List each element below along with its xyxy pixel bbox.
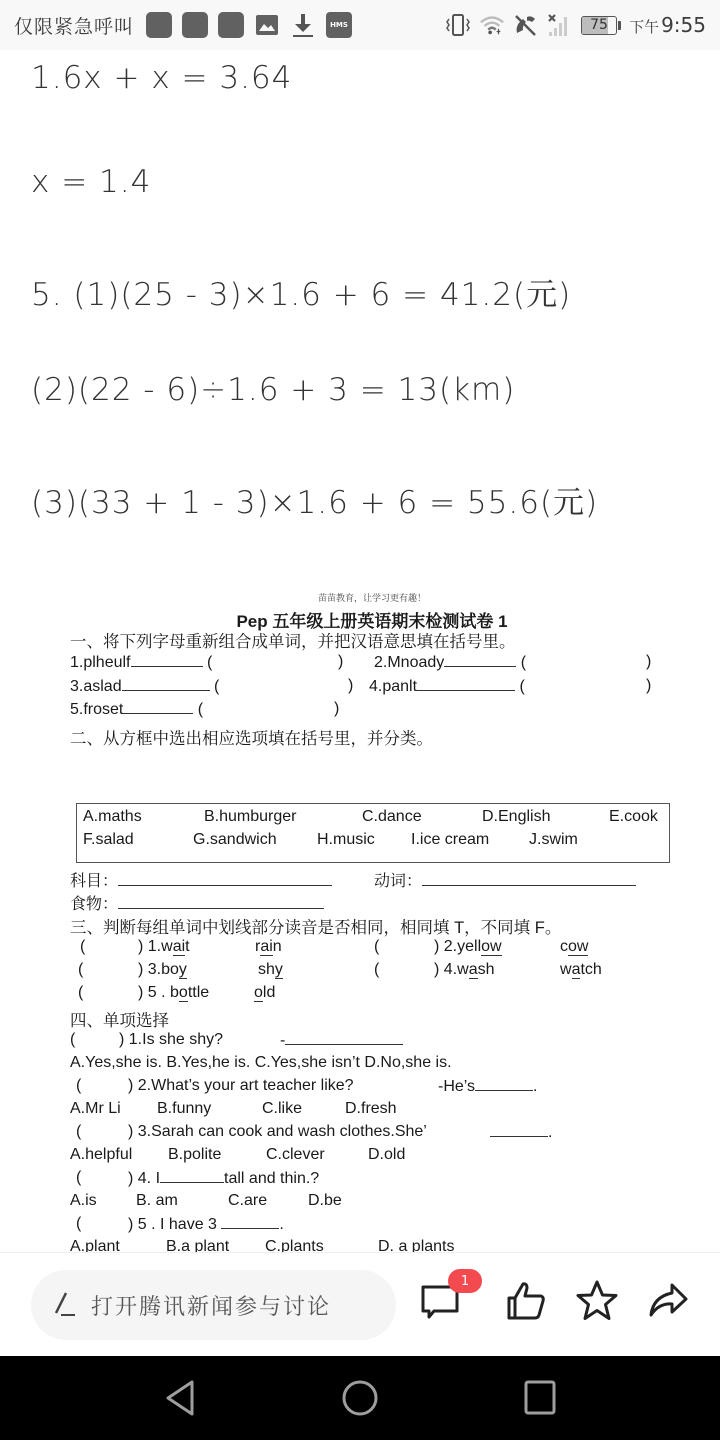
- call-disabled-icon: [513, 12, 539, 38]
- question: ) 3.Sarah can cook and wash clothes.She’: [128, 1123, 427, 1141]
- word-option: B.humburger: [204, 808, 297, 826]
- phonics-item: rain: [255, 938, 282, 956]
- exam-item: 1.plheulf (: [70, 653, 212, 672]
- question-options: A.Yes,she is. B.Yes,he is. C.Yes,she isn…: [70, 1054, 452, 1072]
- share-button[interactable]: [646, 1279, 690, 1323]
- back-icon: [162, 1378, 198, 1418]
- download-icon: [290, 12, 316, 38]
- app-notification-icon: [218, 12, 244, 38]
- favorite-button[interactable]: [575, 1279, 619, 1323]
- exam-paper-image[interactable]: 苗苗教育，让学习更有趣！ Pep 五年级上册英语期末检测试卷 1 一、将下列字母…: [62, 583, 682, 1252]
- word-option: H.music: [317, 831, 375, 849]
- share-icon: [647, 1280, 689, 1322]
- exam-item: 5.froset (: [70, 700, 203, 719]
- back-button[interactable]: [155, 1376, 205, 1420]
- app-notification-icon: [146, 12, 172, 38]
- battery-indicator: 75: [581, 16, 621, 35]
- exam-item: 4.panlt (: [369, 677, 525, 696]
- vibrate-icon: [445, 12, 471, 38]
- category-food: 食物：: [70, 891, 324, 914]
- recents-icon: [522, 1378, 558, 1418]
- category-subject: 科目：: [70, 868, 332, 891]
- word-option: A.maths: [83, 808, 142, 826]
- system-navigation-bar: [0, 1356, 720, 1440]
- home-button[interactable]: [335, 1376, 385, 1420]
- phonics-item: ) 4.wash: [434, 961, 495, 979]
- star-icon: [575, 1279, 619, 1323]
- section-heading: 三、判断每组单词中划线部分读音是否相同，相同填 T，不同填 F。: [70, 914, 561, 938]
- category-verb: 动词：: [374, 868, 636, 891]
- math-line: (2)(22 - 6)÷1.6 + 3 = 13(km): [31, 372, 515, 408]
- question: ) 4. Itall and thin.?: [128, 1169, 319, 1188]
- exam-slogan: 苗苗教育，让学习更有趣！: [62, 591, 682, 604]
- word-option: C.dance: [362, 808, 422, 826]
- section-heading: 一、将下列字母重新组合成单词，并把汉语意思填在括号里。: [70, 628, 516, 652]
- phonics-item: ) 3.boy: [138, 961, 187, 979]
- like-button[interactable]: [504, 1279, 548, 1323]
- math-line: 1.6x + x = 3.64: [31, 60, 292, 96]
- math-line: x = 1.4: [31, 164, 151, 200]
- exam-item: 3.aslad (: [70, 677, 219, 696]
- question: ) 1.Is she shy?: [119, 1031, 223, 1049]
- phonics-item: ) 1.wait: [138, 938, 190, 956]
- clock: 下午9:55: [629, 13, 706, 37]
- image-icon: [254, 12, 280, 38]
- home-icon: [340, 1378, 380, 1418]
- phonics-item: watch: [560, 961, 602, 979]
- word-option: I.ice cream: [411, 831, 489, 849]
- word-option: G.sandwich: [193, 831, 277, 849]
- section-heading: 四、单项选择: [70, 1007, 169, 1031]
- question: ) 2.What’s your art teacher like?: [128, 1077, 354, 1095]
- comment-count-badge: 1: [448, 1269, 482, 1293]
- math-line: (3)(33 + 1 - 3)×1.6 + 6 = 55.6(元): [31, 477, 598, 522]
- question: ) 5 . I have 3 .: [128, 1215, 284, 1234]
- word-option: J.swim: [529, 831, 578, 849]
- app-notification-icon: [182, 12, 208, 38]
- phonics-item: cow: [560, 938, 588, 956]
- wifi-icon: [479, 12, 505, 38]
- status-bar: 仅限紧急呼叫 HMS 75 下午9:55: [0, 0, 720, 50]
- word-option: E.cook: [609, 808, 658, 826]
- no-signal-icon: [547, 12, 573, 38]
- article-content[interactable]: 1.6x + x = 3.64 x = 1.4 5. (1)(25 - 3)×1…: [0, 50, 720, 1252]
- like-icon: [505, 1280, 547, 1322]
- comment-placeholder: 打开腾讯新闻参与讨论: [91, 1290, 331, 1321]
- word-option: D.English: [482, 808, 550, 826]
- section-heading: 二、从方框中选出相应选项填在括号里，并分类。: [70, 725, 433, 749]
- battery-level: 75: [590, 17, 608, 33]
- phonics-item: ) 2.yellow: [434, 938, 502, 956]
- exam-item: 2.Mnoady (: [374, 653, 526, 672]
- phonics-item: old: [254, 984, 275, 1002]
- math-line: 5. (1)(25 - 3)×1.6 + 6 = 41.2(元): [31, 269, 571, 314]
- comment-bar: 打开腾讯新闻参与讨论 1: [0, 1252, 720, 1356]
- carrier-text: 仅限紧急呼叫: [14, 12, 134, 39]
- pencil-icon: [53, 1289, 77, 1321]
- recents-button[interactable]: [515, 1376, 565, 1420]
- phonics-item: ) 5 . bottle: [138, 984, 209, 1002]
- word-option: F.salad: [83, 831, 134, 849]
- hms-icon: HMS: [326, 12, 352, 38]
- phonics-item: shy: [258, 961, 283, 979]
- comment-input[interactable]: 打开腾讯新闻参与讨论: [31, 1270, 396, 1340]
